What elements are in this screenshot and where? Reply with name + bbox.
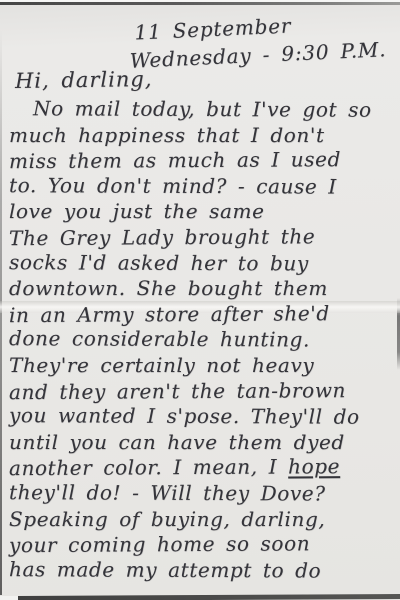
underlined-word: hope xyxy=(288,454,340,478)
body-line: done considerable hunting. xyxy=(9,326,396,353)
body-line: The Grey Lady brought the xyxy=(9,224,396,252)
body-line: another color. I mean, I hope xyxy=(9,454,396,482)
body-line-text: another color. I mean, I xyxy=(9,455,288,481)
body-line: to. You don't mind? - cause I xyxy=(9,173,396,200)
body-line: Speaking of buying, darling, xyxy=(9,507,396,533)
body-line: until you can have them dyed xyxy=(9,430,396,456)
body-line: They're certainly not heavy xyxy=(9,353,396,379)
body-line: and they aren't the tan-brown xyxy=(9,377,396,405)
body-line: No mail today, but I've got so xyxy=(9,96,396,123)
date-block: 11 September Wednesday - 9:30 P.M. xyxy=(128,7,387,75)
body-line: much happiness that I don't xyxy=(9,123,396,149)
salutation: Hi, darling, xyxy=(15,67,153,93)
body-line: your coming home so soon xyxy=(9,531,396,559)
body-line: love you just the same xyxy=(9,199,396,225)
body-line: you wanted I s'pose. They'll do xyxy=(9,403,396,430)
scan-edge-bottom xyxy=(18,594,400,600)
scan-corner-bottom-left xyxy=(0,596,18,600)
body-line: has made my attempt to do xyxy=(9,557,396,584)
body-line: miss them as much as I used xyxy=(9,147,396,175)
scanned-letter-page: 11 September Wednesday - 9:30 P.M. Hi, d… xyxy=(0,0,400,600)
body-line: in an Army store after she'd xyxy=(9,301,396,329)
scan-edge-top xyxy=(0,2,400,5)
body-line: socks I'd asked her to buy xyxy=(9,250,396,277)
letter-body: No mail today, but I've got so much happ… xyxy=(9,97,396,583)
body-line: they'll do! - Will they Dove? xyxy=(9,480,396,507)
body-line: downtown. She bought them xyxy=(9,276,396,302)
